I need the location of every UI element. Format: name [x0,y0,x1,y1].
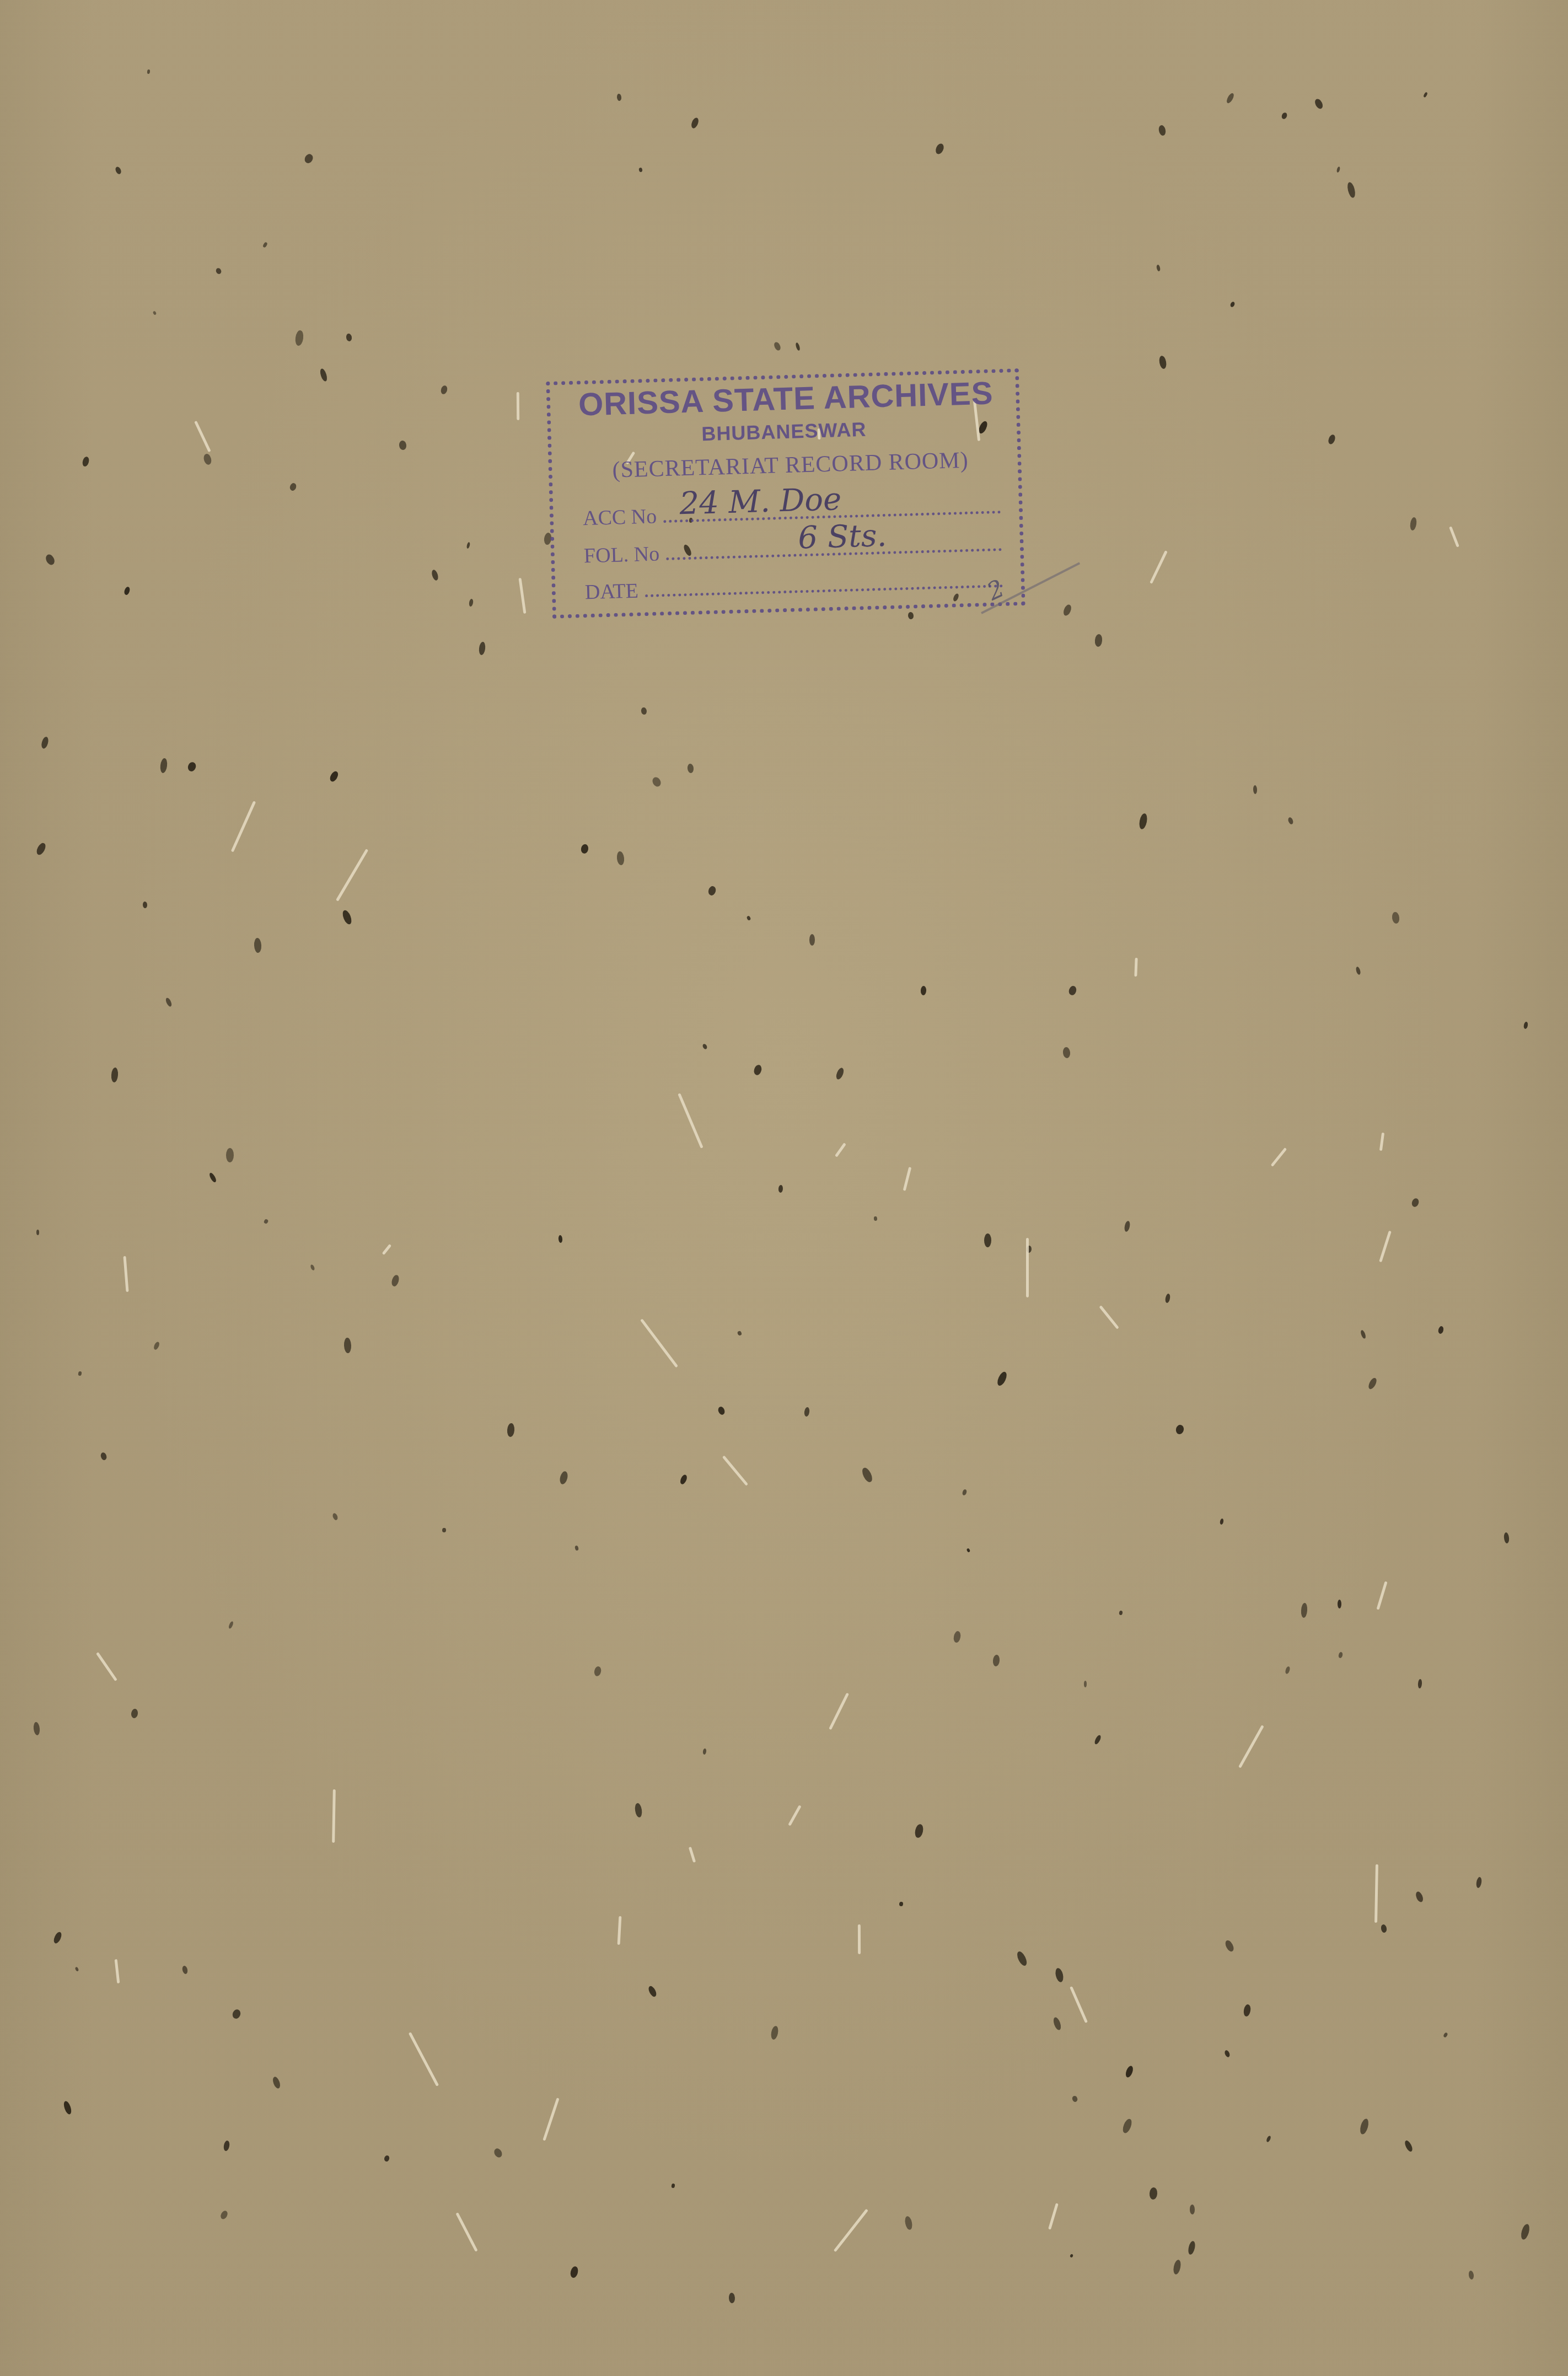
paper-speck [1084,1681,1087,1687]
date-label: DATE [584,579,638,605]
paper-background [0,0,1568,2376]
fol-no-label: FOL. No [583,541,659,568]
paper-speck [809,934,815,946]
paper-speck [143,902,148,909]
fol-no-value: 6 Sts. [798,518,888,556]
paper-speck [984,1233,991,1247]
paper-speck [36,1230,39,1235]
paper-speck [1149,2187,1157,2200]
paper-speck [442,1528,446,1533]
paper-speck [226,1148,234,1162]
paper-fiber [1026,1238,1029,1297]
paper-fiber [517,392,519,420]
acc-no-label: ACC No [583,505,657,531]
paper-fiber [858,1924,861,1954]
acc-no-value: 24 M. Doe [679,481,842,522]
archives-stamp: ORISSA STATE ARCHIVES BHUBANESWAR (SECRE… [546,368,1025,619]
paper-speck [874,1216,877,1221]
